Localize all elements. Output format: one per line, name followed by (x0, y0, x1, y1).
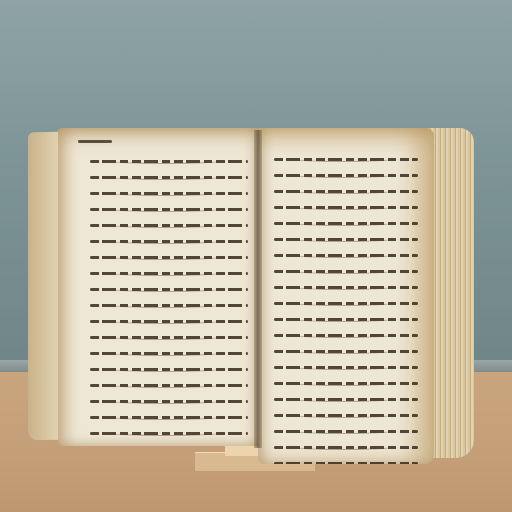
left-page (58, 128, 260, 446)
script-line (90, 352, 248, 355)
script-line (90, 416, 248, 419)
script-line (90, 304, 248, 307)
script-line (90, 432, 248, 435)
script-line (274, 302, 418, 305)
script-line (274, 190, 418, 193)
script-line (90, 336, 248, 339)
script-line (274, 414, 418, 417)
script-line (90, 224, 248, 227)
script-line (274, 254, 418, 257)
script-line (90, 272, 248, 275)
script-line (90, 192, 248, 195)
script-line (274, 398, 418, 401)
manuscript-book (0, 0, 512, 512)
script-line (274, 350, 418, 353)
script-line (274, 462, 418, 464)
left-page-text (90, 160, 248, 446)
script-line (274, 430, 418, 433)
script-line (274, 206, 418, 209)
script-line (274, 286, 418, 289)
script-line (274, 334, 418, 337)
right-page-text (274, 158, 418, 464)
script-line (274, 446, 418, 449)
book-page-block (428, 128, 474, 458)
script-line (274, 366, 418, 369)
marginal-note (78, 140, 112, 143)
script-line (90, 208, 248, 211)
script-line (274, 158, 418, 161)
script-line (90, 256, 248, 259)
right-page (258, 128, 434, 464)
script-line (90, 288, 248, 291)
script-line (90, 240, 248, 243)
script-line (274, 318, 418, 321)
script-line (90, 400, 248, 403)
script-line (90, 368, 248, 371)
script-line (274, 174, 418, 177)
script-line (274, 382, 418, 385)
script-line (274, 270, 418, 273)
script-line (90, 384, 248, 387)
script-line (90, 176, 248, 179)
script-line (274, 238, 418, 241)
script-line (90, 160, 248, 163)
book-gutter (254, 130, 262, 448)
script-line (90, 320, 248, 323)
script-line (274, 222, 418, 225)
